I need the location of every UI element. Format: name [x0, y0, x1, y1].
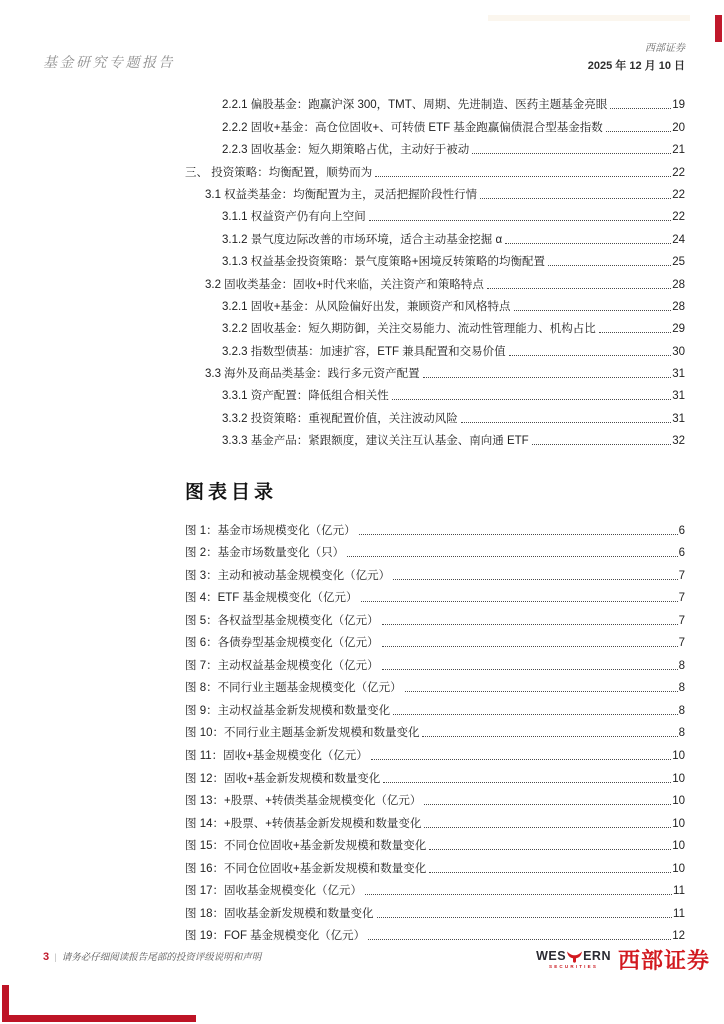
- logo-english-block: WESERN SECURITIES: [536, 950, 611, 969]
- page-number: 32: [672, 433, 685, 449]
- toc-item[interactable]: 2.2.3 固收基金：短久期策略占优，主动好于被动21: [185, 136, 685, 158]
- entry-label: 图 15：不同仓位固收+基金新发规模和数量变化: [185, 838, 426, 854]
- figure-item[interactable]: 图 7：主动权益基金规模变化（亿元）8: [185, 651, 685, 674]
- entry-label: 图 4：ETF 基金规模变化（亿元）: [185, 590, 358, 606]
- page-number: 6: [679, 523, 685, 539]
- entry-label: 3.3.2 投资策略：重视配置价值，关注波动风险: [222, 411, 458, 427]
- dot-leader: [487, 288, 671, 289]
- figure-item[interactable]: 图 15：不同仓位固收+基金新发规模和数量变化10: [185, 832, 685, 855]
- figure-item[interactable]: 图 11：固收+基金规模变化（亿元）10: [185, 741, 685, 764]
- toc-item[interactable]: 三、 投资策略：均衡配置，顺势而为22: [185, 158, 685, 180]
- figure-item[interactable]: 图 3：主动和被动基金规模变化（亿元）7: [185, 561, 685, 584]
- page-number: 21: [672, 142, 685, 158]
- entry-label: 3.3.1 资产配置：降低组合相关性: [222, 388, 389, 404]
- toc-item[interactable]: 3.2.1 固收+基金：从风险偏好出发，兼顾资产和风格特点28: [185, 293, 685, 315]
- entry-label: 图 6：各债券型基金规模变化（亿元）: [185, 635, 379, 651]
- page-number: 10: [672, 861, 685, 877]
- dot-leader: [382, 624, 678, 625]
- page-number: 22: [672, 187, 685, 203]
- page-number: 8: [679, 703, 685, 719]
- logo-western-right: ERN: [583, 950, 611, 963]
- dot-leader: [429, 849, 671, 850]
- page-number: 19: [672, 97, 685, 113]
- toc-item[interactable]: 2.2.2 固收+基金：高仓位固收+、可转债 ETF 基金跑赢偏债混合型基金指数…: [185, 113, 685, 135]
- figure-item[interactable]: 图 13：+股票、+转债类基金规模变化（亿元）10: [185, 787, 685, 810]
- page-number: 22: [672, 165, 685, 181]
- report-type-label: 基金研究专题报告: [43, 52, 175, 72]
- entry-label: 3.1 权益类基金：均衡配置为主，灵活把握阶段性行情: [205, 187, 477, 203]
- entry-label: 图 16：不同仓位固收+基金新发规模和数量变化: [185, 861, 426, 877]
- entry-label: 3.1.3 权益基金投资策略：景气度策略+困境反转策略的均衡配置: [222, 254, 545, 270]
- toc-item[interactable]: 3.3.1 资产配置：降低组合相关性31: [185, 382, 685, 404]
- figure-item[interactable]: 图 8：不同行业主题基金规模变化（亿元）8: [185, 674, 685, 697]
- footer-disclaimer: 3|请务必仔细阅读报告尾部的投资评级说明和声明: [43, 949, 261, 963]
- entry-label: 图 9：主动权益基金新发规模和数量变化: [185, 703, 390, 719]
- header-brand: 西部证券: [588, 39, 685, 54]
- toc-item[interactable]: 3.3.3 基金产品：紧跟额度，建议关注互认基金、南向通 ETF32: [185, 427, 685, 449]
- dot-leader: [347, 556, 678, 557]
- logo-western-wordmark: WESERN: [536, 950, 611, 963]
- page-number: 28: [672, 277, 685, 293]
- dot-leader: [405, 691, 678, 692]
- figure-item[interactable]: 图 18：固收基金新发规模和数量变化11: [185, 899, 685, 922]
- page-number: 30: [672, 344, 685, 360]
- toc-item[interactable]: 3.1.2 景气度边际改善的市场环境，适合主动基金挖掘 α24: [185, 225, 685, 247]
- entry-label: 图 5：各权益型基金规模变化（亿元）: [185, 613, 379, 629]
- dot-leader: [424, 804, 671, 805]
- toc-item[interactable]: 3.2.3 指数型债基：加速扩容，ETF 兼具配置和交易价值30: [185, 337, 685, 359]
- entry-label: 3.2.3 指数型债基：加速扩容，ETF 兼具配置和交易价值: [222, 344, 506, 360]
- dot-leader: [383, 782, 671, 783]
- footer-disclaimer-text: 请务必仔细阅读报告尾部的投资评级说明和声明: [62, 953, 262, 963]
- page-number: 11: [673, 883, 685, 899]
- footer-page-number: 3: [43, 951, 49, 963]
- toc-item[interactable]: 3.2.2 固收基金：短久期防御，关注交易能力、流动性管理能力、机构占比29: [185, 315, 685, 337]
- dot-leader: [472, 153, 671, 154]
- table-of-contents: 2.2.1 偏股基金：跑赢沪深 300，TMT、周期、先进制造、医药主题基金亮眼…: [185, 91, 685, 449]
- dot-leader: [461, 422, 671, 423]
- logo-western-left: WES: [536, 950, 566, 963]
- dot-leader: [368, 939, 671, 940]
- entry-label: 图 18：固收基金新发规模和数量变化: [185, 906, 374, 922]
- page-number: 10: [672, 793, 685, 809]
- dot-leader: [480, 198, 671, 199]
- entry-label: 三、 投资策略：均衡配置，顺势而为: [185, 165, 372, 181]
- page-number: 8: [679, 725, 685, 741]
- dot-leader: [382, 646, 678, 647]
- entry-label: 图 1：基金市场规模变化（亿元）: [185, 523, 356, 539]
- page-number: 7: [679, 613, 685, 629]
- entry-label: 图 12：固收+基金新发规模和数量变化: [185, 771, 380, 787]
- figure-item[interactable]: 图 16：不同仓位固收+基金新发规模和数量变化10: [185, 854, 685, 877]
- page-number: 11: [673, 906, 685, 922]
- dot-leader: [422, 736, 677, 737]
- dot-leader: [532, 444, 672, 445]
- page-number: 29: [672, 321, 685, 337]
- dot-leader: [606, 131, 671, 132]
- entry-label: 3.2 固收类基金：固收+时代来临，关注资产和策略特点: [205, 277, 484, 293]
- page-number: 20: [672, 120, 685, 136]
- logo-securities-label: SECURITIES: [549, 965, 598, 970]
- entry-label: 3.3 海外及商品类基金：践行多元资产配置: [205, 366, 420, 382]
- dot-leader: [377, 917, 673, 918]
- page-number: 31: [672, 366, 685, 382]
- logo-chinese-name: 西部证券: [618, 944, 710, 975]
- dot-leader: [371, 759, 671, 760]
- figure-item[interactable]: 图 12：固收+基金新发规模和数量变化10: [185, 764, 685, 787]
- dot-leader: [514, 310, 672, 311]
- entry-label: 图 3：主动和被动基金规模变化（亿元）: [185, 568, 390, 584]
- figure-item[interactable]: 图 1：基金市场规模变化（亿元）6: [185, 516, 685, 539]
- entry-label: 3.1.1 权益资产仍有向上空间: [222, 209, 366, 225]
- dot-leader: [369, 220, 671, 221]
- toc-item[interactable]: 3.3.2 投资策略：重视配置价值，关注波动风险31: [185, 404, 685, 426]
- entry-label: 图 11：固收+基金规模变化（亿元）: [185, 748, 368, 764]
- entry-label: 图 19：FOF 基金规模变化（亿元）: [185, 928, 365, 944]
- toc-item[interactable]: 3.2 固收类基金：固收+时代来临，关注资产和策略特点28: [185, 270, 685, 292]
- dot-leader: [429, 872, 671, 873]
- figure-item[interactable]: 图 6：各债券型基金规模变化（亿元）7: [185, 629, 685, 652]
- dot-leader: [424, 827, 671, 828]
- footer-separator: |: [54, 953, 57, 963]
- page-number: 31: [672, 388, 685, 404]
- figure-item[interactable]: 图 2：基金市场数量变化（只）6: [185, 539, 685, 562]
- dot-leader: [610, 108, 671, 109]
- top-right-red-bar: [715, 15, 722, 42]
- figure-item[interactable]: 图 9：主动权益基金新发规模和数量变化8: [185, 696, 685, 719]
- page-number: 8: [679, 680, 685, 696]
- toc-item[interactable]: 3.1.3 权益基金投资策略：景气度策略+困境反转策略的均衡配置25: [185, 248, 685, 270]
- page-number: 12: [672, 928, 685, 944]
- entry-label: 2.2.3 固收基金：短久期策略占优，主动好于被动: [222, 142, 469, 158]
- dot-leader: [392, 399, 671, 400]
- entry-label: 图 13：+股票、+转债类基金规模变化（亿元）: [185, 793, 421, 809]
- page-number: 10: [672, 771, 685, 787]
- page-number: 7: [679, 568, 685, 584]
- page-number: 25: [672, 254, 685, 270]
- figure-item[interactable]: 图 5：各权益型基金规模变化（亿元）7: [185, 606, 685, 629]
- entry-label: 图 10：不同行业主题基金新发规模和数量变化: [185, 725, 419, 741]
- toc-item[interactable]: 2.2.1 偏股基金：跑赢沪深 300，TMT、周期、先进制造、医药主题基金亮眼…: [185, 91, 685, 113]
- page-number: 10: [672, 816, 685, 832]
- dot-leader: [365, 894, 672, 895]
- figure-item[interactable]: 图 19：FOF 基金规模变化（亿元）12: [185, 922, 685, 945]
- figure-item[interactable]: 图 17：固收基金规模变化（亿元）11: [185, 877, 685, 900]
- figure-item[interactable]: 图 14：+股票、+转债基金新发规模和数量变化10: [185, 809, 685, 832]
- dot-leader: [393, 579, 678, 580]
- figure-item[interactable]: 图 4：ETF 基金规模变化（亿元）7: [185, 584, 685, 607]
- dot-leader: [375, 176, 671, 177]
- dot-leader: [548, 265, 671, 266]
- watermark-line: [488, 15, 690, 21]
- page-number: 7: [679, 590, 685, 606]
- entry-label: 图 17：固收基金规模变化（亿元）: [185, 883, 362, 899]
- page-number: 31: [672, 411, 685, 427]
- dot-leader: [505, 243, 671, 244]
- dot-leader: [359, 534, 678, 535]
- page-number: 10: [672, 748, 685, 764]
- dot-leader: [423, 377, 672, 378]
- figure-directory-list: 图 1：基金市场规模变化（亿元）6图 2：基金市场数量变化（只）6图 3：主动和…: [185, 516, 685, 944]
- dot-leader: [393, 714, 678, 715]
- dot-leader: [382, 669, 678, 670]
- entry-label: 3.1.2 景气度边际改善的市场环境，适合主动基金挖掘 α: [222, 232, 502, 248]
- page-number: 22: [672, 209, 685, 225]
- western-securities-logo: WESERN SECURITIES 西部证券: [536, 944, 710, 975]
- dot-leader: [599, 332, 671, 333]
- page-number: 7: [679, 635, 685, 651]
- entry-label: 图 8：不同行业主题基金规模变化（亿元）: [185, 680, 402, 696]
- entry-label: 2.2.2 固收+基金：高仓位固收+、可转债 ETF 基金跑赢偏债混合型基金指数: [222, 120, 603, 136]
- entry-label: 3.2.2 固收基金：短久期防御，关注交易能力、流动性管理能力、机构占比: [222, 321, 596, 337]
- page-number: 8: [679, 658, 685, 674]
- page-number: 28: [672, 299, 685, 315]
- figure-directory-heading: 图表目录: [185, 477, 277, 504]
- page-number: 24: [672, 232, 685, 248]
- entry-label: 图 2：基金市场数量变化（只）: [185, 545, 344, 561]
- page-number: 6: [679, 545, 685, 561]
- entry-label: 图 14：+股票、+转债基金新发规模和数量变化: [185, 816, 421, 832]
- report-date: 2025 年 12 月 10 日: [588, 57, 685, 73]
- entry-label: 3.3.3 基金产品：紧跟额度，建议关注互认基金、南向通 ETF: [222, 433, 529, 449]
- figure-item[interactable]: 图 10：不同行业主题基金新发规模和数量变化8: [185, 719, 685, 742]
- bottom-left-corner-bar-horizontal: [2, 1015, 196, 1022]
- header-right: 西部证券 2025 年 12 月 10 日: [588, 39, 685, 73]
- entry-label: 图 7：主动权益基金规模变化（亿元）: [185, 658, 379, 674]
- toc-item[interactable]: 3.3 海外及商品类基金：践行多元资产配置31: [185, 360, 685, 382]
- toc-item[interactable]: 3.1.1 权益资产仍有向上空间22: [185, 203, 685, 225]
- entry-label: 3.2.1 固收+基金：从风险偏好出发，兼顾资产和风格特点: [222, 299, 511, 315]
- toc-item[interactable]: 3.1 权益类基金：均衡配置为主，灵活把握阶段性行情22: [185, 181, 685, 203]
- dot-leader: [509, 355, 672, 356]
- report-page: 基金研究专题报告 西部证券 2025 年 12 月 10 日 2.2.1 偏股基…: [0, 0, 724, 1024]
- entry-label: 2.2.1 偏股基金：跑赢沪深 300，TMT、周期、先进制造、医药主题基金亮眼: [222, 97, 607, 113]
- bull-head-icon: [567, 951, 582, 964]
- page-number: 10: [672, 838, 685, 854]
- dot-leader: [361, 601, 678, 602]
